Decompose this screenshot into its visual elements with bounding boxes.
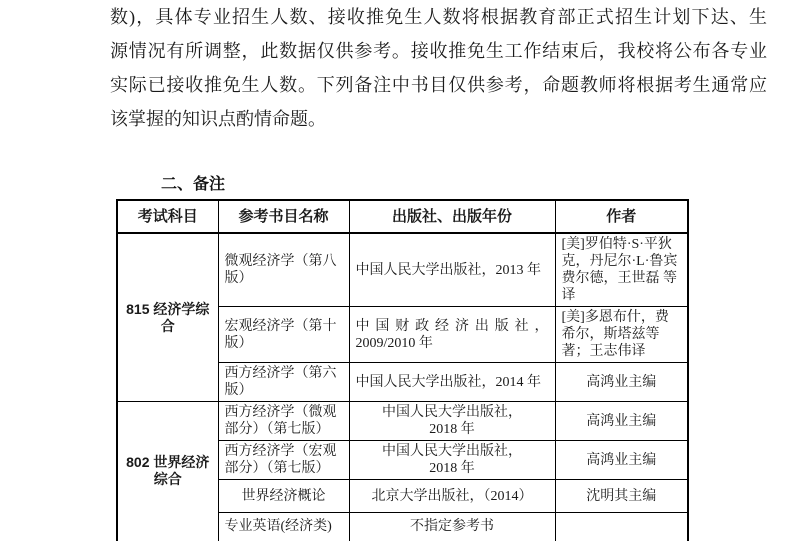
cell-subject-815: 815 经济学综合	[117, 233, 218, 402]
column-header-book-name: 参考书目名称	[218, 200, 349, 233]
cell-author: 高鸿业主编	[555, 363, 688, 402]
cell-publisher: 中国人民大学出版社，2018 年	[349, 402, 555, 441]
cell-author: 沈明其主编	[555, 480, 688, 513]
publisher-text: 中国人民大学出版社，2018 年	[376, 443, 528, 477]
cell-book: 西方经济学（宏观部分）（第七版）	[218, 441, 349, 480]
cell-publisher: 中国人民大学出版社，2014 年	[349, 363, 555, 402]
cell-publisher: 中国财政经济出版社，2009/2010 年	[349, 307, 555, 363]
cell-book: 宏观经济学（第十版）	[218, 307, 349, 363]
paragraph-line: 数)，具体专业招生人数、接收推免生人数将根据教育部正式招生计划下达、生	[110, 0, 767, 34]
cell-author	[555, 513, 688, 541]
cell-publisher: 中国人民大学出版社，2018 年	[349, 441, 555, 480]
paragraph-line: 该掌握的知识点酌情命题。	[110, 102, 767, 136]
cell-publisher: 中国人民大学出版社，2013 年	[349, 233, 555, 307]
section-title: 二、备注	[161, 176, 225, 194]
table-header-row: 考试科目 参考书目名称 出版社、出版年份 作者	[117, 200, 688, 233]
cell-author: [美]罗伯特·S·平狄克，丹尼尔·L·鲁宾费尔德，王世磊 等 译	[555, 233, 688, 307]
cell-author: [美]多恩布什，费希尔，斯塔兹等著；王志伟译	[555, 307, 688, 363]
cell-publisher: 不指定参考书	[349, 513, 555, 541]
table-row: 802 世界经济综合 西方经济学（微观部分）（第七版） 中国人民大学出版社，20…	[117, 402, 688, 441]
paragraph-line: 源情况有所调整，此数据仅供参考。接收推免生工作结束后，我校将公布各专业	[110, 34, 767, 68]
cell-author: 高鸿业主编	[555, 402, 688, 441]
column-header-publisher-year: 出版社、出版年份	[349, 200, 555, 233]
cell-book: 世界经济概论	[218, 480, 349, 513]
cell-book: 专业英语(经济类)	[218, 513, 349, 541]
paragraph-line: 实际已接收推免生人数。下列备注中书目仅供参考，命题教师将根据考生通常应	[110, 68, 767, 102]
cell-book: 西方经济学（微观部分）（第七版）	[218, 402, 349, 441]
column-header-author: 作者	[555, 200, 688, 233]
table-row: 815 经济学综合 微观经济学（第八版） 中国人民大学出版社，2013 年 [美…	[117, 233, 688, 307]
publisher-text: 中国人民大学出版社，2018 年	[376, 404, 528, 438]
cell-author: 高鸿业主编	[555, 441, 688, 480]
column-header-exam-subject: 考试科目	[117, 200, 218, 233]
cell-publisher: 北京大学出版社，（2014）	[349, 480, 555, 513]
cell-subject-802: 802 世界经济综合	[117, 402, 218, 541]
cell-book: 微观经济学（第八版）	[218, 233, 349, 307]
intro-paragraph: 数)，具体专业招生人数、接收推免生人数将根据教育部正式招生计划下达、生 源情况有…	[110, 0, 767, 136]
document-page: { "colors": { "background": "#ffffff", "…	[0, 0, 796, 541]
cell-book: 西方经济学（第六版）	[218, 363, 349, 402]
reference-book-table: 考试科目 参考书目名称 出版社、出版年份 作者 815 经济学综合 微观经济学（…	[116, 199, 689, 541]
